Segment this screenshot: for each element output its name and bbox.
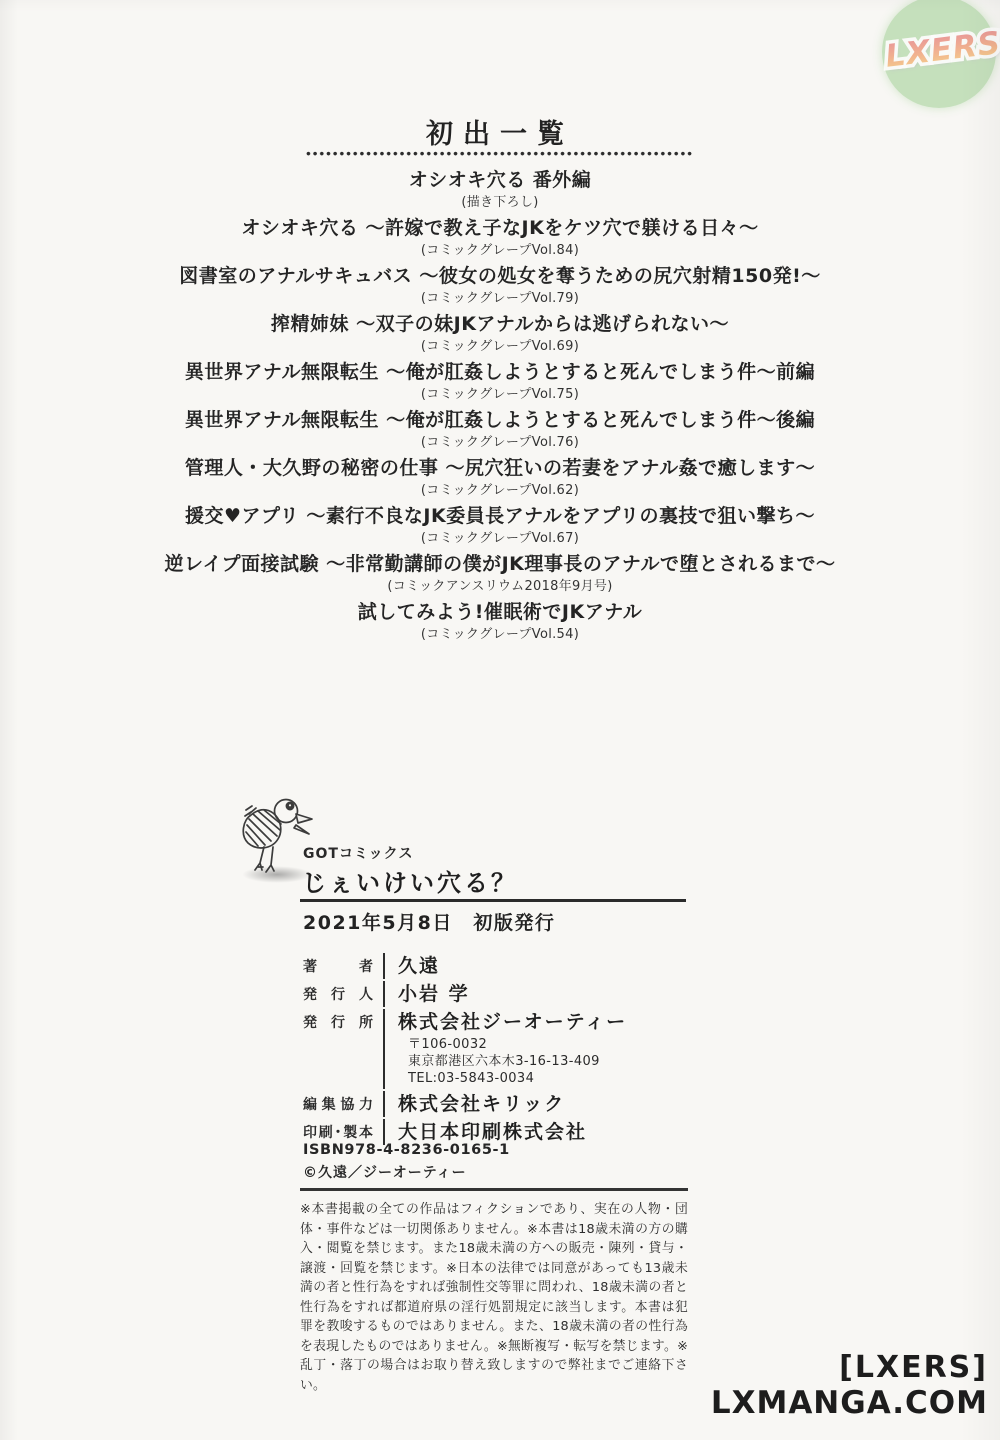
page-title: 初出一覧 — [0, 112, 1000, 151]
table-row: 発行人 小岩 学 — [303, 981, 685, 1007]
entry-source: (コミックアンスリウム2018年9月号) — [0, 577, 1000, 597]
disclaimer-text: ※本書掲載の全ての作品はフィクションであり、実在の人物・団体・事件などは一切関係… — [300, 1200, 688, 1395]
footer-watermark: [LXERS] LXMANGA.COM — [711, 1350, 988, 1420]
copyright: ©久遠／ジーオーティー — [303, 1162, 467, 1182]
entry-title: 異世界アナル無限転生 ～俺が肛姦しようとすると死んでしまう件～後編 — [0, 407, 1000, 433]
entry-source: (コミックグレープVol.62) — [0, 481, 1000, 501]
entry-title: オシオキ穴る ～許嫁で教え子なJKをケツ穴で躾ける日々～ — [0, 215, 1000, 241]
colophon-table: 著者 久遠 発行人 小岩 学 発行所 株式会社ジーオーティー 〒106-0032… — [303, 953, 685, 1147]
entry-title: オシオキ穴る 番外編 — [0, 167, 1000, 193]
first-publication-list: オシオキ穴る 番外編 (描き下ろし) オシオキ穴る ～許嫁で教え子なJKをケツ穴… — [0, 167, 1000, 647]
entry-title: 異世界アナル無限転生 ～俺が肛姦しようとすると死んでしまう件～前編 — [0, 359, 1000, 385]
scanned-colophon-page: 初出一覧 オシオキ穴る 番外編 (描き下ろし) オシオキ穴る ～許嫁で教え子なJ… — [0, 0, 1000, 1440]
row-label: 編集協力 — [303, 1096, 373, 1114]
entry-title: 試してみよう!催眠術でJKアナル — [0, 599, 1000, 625]
series-label: GOTコミックス — [303, 843, 414, 863]
list-item: 異世界アナル無限転生 ～俺が肛姦しようとすると死んでしまう件～前編 (コミックグ… — [0, 359, 1000, 405]
list-item: オシオキ穴る ～許嫁で教え子なJKをケツ穴で躾ける日々～ (コミックグレープVo… — [0, 215, 1000, 261]
watermark-stamp: LXERS LXERS — [880, 0, 1000, 116]
row-label: 著者 — [303, 958, 373, 976]
entry-source: (コミックグレープVol.54) — [0, 625, 1000, 645]
divider-rule — [300, 1188, 688, 1191]
entry-title: 援交♥アプリ ～素行不良なJK委員長アナルをアプリの裏技で狙い撃ち～ — [0, 503, 1000, 529]
publisher-address: 〒106-0032 東京都港区六本木3-16-13-409 TEL:03-584… — [408, 1036, 627, 1087]
list-item: 管理人・大久野の秘密の仕事 ～尻穴狂いの若妻をアナル姦で癒します～ (コミックグ… — [0, 455, 1000, 501]
list-item: 逆レイプ面接試験 ～非常勤講師の僕がJK理事長のアナルで堕とされるまで～ (コミ… — [0, 551, 1000, 597]
entry-source: (コミックグレープVol.79) — [0, 289, 1000, 309]
table-row: 発行所 株式会社ジーオーティー 〒106-0032 東京都港区六本木3-16-1… — [303, 1009, 685, 1089]
row-value-cell: 株式会社ジーオーティー 〒106-0032 東京都港区六本木3-16-13-40… — [383, 1009, 627, 1089]
entry-source: (コミックグレープVol.84) — [0, 241, 1000, 261]
entry-title: 逆レイプ面接試験 ～非常勤講師の僕がJK理事長のアナルで堕とされるまで～ — [0, 551, 1000, 577]
edition-line: 2021年5月8日 初版発行 — [303, 908, 555, 935]
address-line: TEL:03-5843-0034 — [408, 1070, 627, 1087]
entry-source: (コミックグレープVol.75) — [0, 385, 1000, 405]
list-item: オシオキ穴る 番外編 (描き下ろし) — [0, 167, 1000, 213]
list-item: 援交♥アプリ ～素行不良なJK委員長アナルをアプリの裏技で狙い撃ち～ (コミック… — [0, 503, 1000, 549]
list-item: 試してみよう!催眠術でJKアナル (コミックグレープVol.54) — [0, 599, 1000, 645]
entry-title: 管理人・大久野の秘密の仕事 ～尻穴狂いの若妻をアナル姦で癒します～ — [0, 455, 1000, 481]
list-item: 異世界アナル無限転生 ～俺が肛姦しようとすると死んでしまう件～後編 (コミックグ… — [0, 407, 1000, 453]
row-value: 株式会社ジーオーティー — [398, 1009, 627, 1035]
book-title: じぇいけい穴る？ — [302, 863, 518, 898]
entry-source: (コミックグレープVol.76) — [0, 433, 1000, 453]
watermark-line1: [LXERS] — [711, 1350, 988, 1386]
row-value-cell: 久遠 — [383, 953, 440, 979]
title-rule — [300, 899, 686, 902]
isbn: ISBN978-4-8236-0165-1 — [303, 1142, 510, 1158]
entry-title: 図書室のアナルサキュバス ～彼女の処女を奪うための尻穴射精150発!～ — [0, 263, 1000, 289]
entry-source: (コミックグレープVol.69) — [0, 337, 1000, 357]
bird-doodle-icon — [236, 794, 316, 874]
row-label: 印刷･製本 — [303, 1124, 373, 1142]
entry-source: (描き下ろし) — [0, 193, 1000, 213]
row-value: 株式会社キリック — [398, 1091, 565, 1117]
row-value: 久遠 — [398, 953, 440, 979]
address-line: 東京都港区六本木3-16-13-409 — [408, 1053, 627, 1070]
watermark-line2: LXMANGA.COM — [711, 1386, 988, 1420]
row-label: 発行人 — [303, 986, 373, 1004]
entry-source: (コミックグレープVol.67) — [0, 529, 1000, 549]
table-row: 著者 久遠 — [303, 953, 685, 979]
dotted-separator — [306, 151, 694, 157]
list-item: 図書室のアナルサキュバス ～彼女の処女を奪うための尻穴射精150発!～ (コミッ… — [0, 263, 1000, 309]
address-line: 〒106-0032 — [408, 1036, 627, 1053]
row-value-cell: 小岩 学 — [383, 981, 470, 1007]
entry-title: 搾精姉妹 ～双子の妹JKアナルからは逃げられない～ — [0, 311, 1000, 337]
row-value: 小岩 学 — [398, 981, 470, 1007]
table-row: 編集協力 株式会社キリック — [303, 1091, 685, 1117]
list-item: 搾精姉妹 ～双子の妹JKアナルからは逃げられない～ (コミックグレープVol.6… — [0, 311, 1000, 357]
row-value-cell: 株式会社キリック — [383, 1091, 565, 1117]
row-label: 発行所 — [303, 1014, 373, 1032]
